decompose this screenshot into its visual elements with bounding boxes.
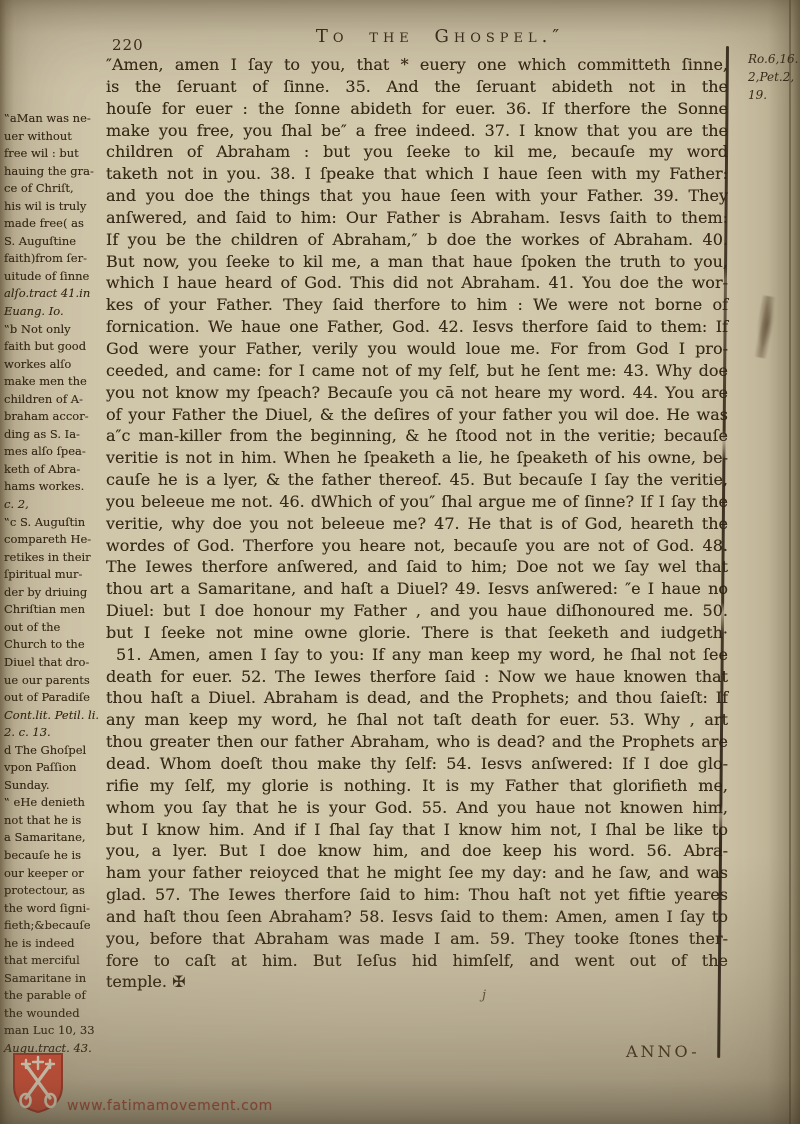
scripture-text-line: The Iewes therfore anſwered, and ſaid to…	[106, 556, 728, 578]
margin-note-line: ‟b Not only	[4, 321, 104, 339]
margin-note-line: Chriſtian men	[4, 601, 104, 619]
margin-note-line: retikes in their	[4, 549, 104, 567]
margin-note-line: free wil : but	[4, 145, 104, 163]
scripture-text-line: ham your father reioyced that he might ſ…	[106, 862, 728, 884]
margin-note-line: der by driuing	[4, 584, 104, 602]
scripture-text-line: rifie my ſelf, my glorie is nothing. It …	[106, 775, 728, 797]
margin-note-line: a Samaritane,	[4, 829, 104, 847]
margin-note-line: ue our parents	[4, 672, 104, 690]
scripture-text-line: is the ſeruant of ſinne. 35. And the ſer…	[106, 76, 728, 98]
margin-note-line: not that he is	[4, 812, 104, 830]
scripture-text-line: whom you ſay that he is your God. 55. An…	[106, 797, 728, 819]
margin-note-line: uer without	[4, 128, 104, 146]
scripture-text-line: any man keep my word, he ſhal not taſt d…	[106, 709, 728, 731]
scripture-text-line: thou art a Samaritane, and haſt a Diuel?…	[106, 578, 728, 600]
scripture-text-line: But now, you ſeeke to kil me, a man that…	[106, 251, 728, 273]
scripture-text-line: dead. Whom doeſt thou make thy ſelf: 54.…	[106, 753, 728, 775]
margin-note-line: Diuel that dro-	[4, 654, 104, 672]
ink-smudge	[752, 295, 779, 359]
margin-note-line: faith)from ſer-	[4, 250, 104, 268]
scanned-book-page: 220 To the Ghospel.″ ‟aMan was ne-uer wi…	[0, 0, 800, 1124]
scripture-text-line: thou haſt a Diuel. Abraham is dead, and …	[106, 687, 728, 709]
margin-note-line: his wil is truly	[4, 198, 104, 216]
margin-note-line: keth of Abra-	[4, 461, 104, 479]
running-header: To the Ghospel.″	[300, 26, 580, 47]
margin-note-line: our keeper or	[4, 865, 104, 883]
scripture-text-line: houſe for euer : the ſonne abideth for e…	[106, 98, 728, 120]
ink-stray-mark: j	[482, 988, 486, 1003]
margin-note-line: children of A-	[4, 391, 104, 409]
margin-note-line: out of Paradiſe	[4, 689, 104, 707]
scripture-text-line: cauſe he is a lyer, & the father thereof…	[106, 469, 728, 491]
margin-note-line: mes alſo ſpea-	[4, 443, 104, 461]
margin-note-line: made free( as	[4, 215, 104, 233]
scripture-text-line: and you doe the things that you haue ſee…	[106, 185, 728, 207]
margin-note-line: Euang. Io.	[4, 303, 104, 321]
scripture-text-line: of your Father the Diuel, & the deſires …	[106, 404, 728, 426]
scripture-text-line: which I haue heard of God. This did not …	[106, 272, 728, 294]
margin-note-line: 2. c. 13.	[4, 724, 104, 742]
scripture-text-line: temple. ✠	[106, 971, 728, 993]
scripture-text-line: and haſt thou ſeen Abraham? 58. Iesvs ſa…	[106, 906, 728, 928]
scripture-text-line: fore to caſt at him. But Ieſus hid himſe…	[106, 950, 728, 972]
margin-note-line: ſpiritual mur-	[4, 566, 104, 584]
scripture-text-line: thou greater then our father Abraham, wh…	[106, 731, 728, 753]
scripture-text-line: veritie is not in him. When he ſpeaketh …	[106, 447, 728, 469]
margin-note-line: Sunday.	[4, 777, 104, 795]
catchword: ANNO-	[626, 1042, 700, 1061]
margin-note-line: braham accor-	[4, 408, 104, 426]
margin-note-line: the word ſigni-	[4, 900, 104, 918]
watermark-url-text: www.fatimamovement.com	[67, 1098, 273, 1114]
margin-note-line: the wounded	[4, 1005, 104, 1023]
scripture-text-line: you not know my ſpeach? Becauſe you cā n…	[106, 382, 728, 404]
margin-note-line: man Luc 10, 33	[4, 1022, 104, 1040]
scripture-text-line: a″c man-killer from the beginning, & he …	[106, 425, 728, 447]
margin-note-line: make men the	[4, 373, 104, 391]
scripture-text-line: you, a lyer. But I doe know him, and doe…	[106, 840, 728, 862]
margin-note-line: out of the	[4, 619, 104, 637]
margin-note-line: Cont.lit. Petil. li.	[4, 707, 104, 725]
margin-note-line: alſo.tract 41.in	[4, 285, 104, 303]
scripture-text-line: anſwered, and ſaid to him: Our Father is…	[106, 207, 728, 229]
scripture-text-line: death for euer. 52. The Iewes therfore ſ…	[106, 666, 728, 688]
margin-note-line: ‟aMan was ne-	[4, 110, 104, 128]
scripture-text-line: If you be the children of Abraham,″ b do…	[106, 229, 728, 251]
margin-note-line: the parable of	[4, 987, 104, 1005]
margin-note-line: ce of Chriſt,	[4, 180, 104, 198]
margin-note-line: S. Auguſtine	[4, 233, 104, 251]
scripture-text-line: make you free, you ſhal be″ a free indee…	[106, 120, 728, 142]
margin-note-line: that merciful	[4, 952, 104, 970]
margin-note-line: protectour, as	[4, 882, 104, 900]
margin-note-line: he is indeed	[4, 935, 104, 953]
scripture-text-line: but I ſeeke not mine owne glorie. There …	[106, 622, 728, 644]
margin-note-line: faith but good	[4, 338, 104, 356]
scripture-text-line: ″Amen, amen I ſay to you, that * euery o…	[106, 54, 728, 76]
scripture-text-line: God were your Father, verily you would l…	[106, 338, 728, 360]
scripture-text-line: ceeded, and came: for I came not of my ſ…	[106, 360, 728, 382]
margin-note-line: workes alſo	[4, 356, 104, 374]
margin-note-line: Church to the	[4, 636, 104, 654]
margin-note-line: ding as S. Ia-	[4, 426, 104, 444]
margin-note-line: ‟ eHe denieth	[4, 794, 104, 812]
scripture-text-line: you, before that Abraham was made I am. …	[106, 928, 728, 950]
margin-note-line: d The Ghoſpel	[4, 742, 104, 760]
scripture-text-line: kes of your Father. They ſaid therfore t…	[106, 294, 728, 316]
scripture-text-line: veritie, why doe you not beleeue me? 47.…	[106, 513, 728, 535]
scripture-text-line: Diuel: but I doe honour my Father , and …	[106, 600, 728, 622]
main-text-column: ″Amen, amen I ſay to you, that * euery o…	[106, 54, 728, 993]
scripture-text-line: taketh not in you. 38. I ſpeake that whi…	[106, 163, 728, 185]
left-margin-annotations: ‟aMan was ne-uer withoutfree wil : butha…	[4, 110, 104, 1058]
margin-note-line: ‟c S. Auguſtin	[4, 514, 104, 532]
margin-note-line: hauing the gra-	[4, 163, 104, 181]
margin-note-line: uitude of ſinne	[4, 268, 104, 286]
margin-note-line: Samaritane in	[4, 970, 104, 988]
margin-note-line: vpon Paſſion	[4, 759, 104, 777]
scripture-text-line: wordes of God. Therfore you heare not, b…	[106, 535, 728, 557]
margin-note-line: hams workes.	[4, 478, 104, 496]
page-edge-line	[789, 0, 791, 1124]
margin-note-line: compareth He-	[4, 531, 104, 549]
scripture-text-line: glad. 57. The Iewes therfore ſaid to him…	[106, 884, 728, 906]
scripture-text-line: fornication. We haue one Father, God. 42…	[106, 316, 728, 338]
scripture-text-line: 51. Amen, amen I ſay to you: If any man …	[106, 644, 728, 666]
page-number: 220	[112, 36, 144, 54]
margin-note-line: c. 2,	[4, 496, 104, 514]
papal-crossed-keys-shield-icon	[12, 1052, 64, 1114]
margin-note-line: fieth;&becauſe	[4, 917, 104, 935]
scripture-text-line: children of Abraham : but you ſeeke to k…	[106, 141, 728, 163]
margin-note-line: becauſe he is	[4, 847, 104, 865]
scripture-text-line: but I know him. And if I ſhal ſay that I…	[106, 819, 728, 841]
scripture-text-line: you beleeue me not. 46. dWhich of you″ ſ…	[106, 491, 728, 513]
